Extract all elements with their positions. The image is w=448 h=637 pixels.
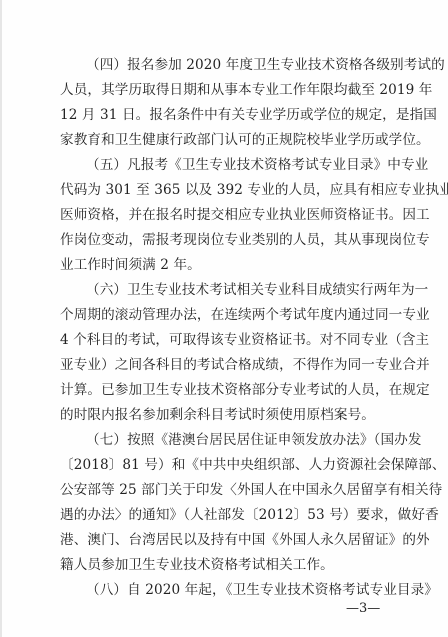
paragraph-7-line-5: 港、澳门、台湾居民以及持有中国《外国人永久居留证》的外: [60, 529, 396, 551]
paragraph-5-line-2: 代码为 301 至 365 以及 392 专业的人员，应具有相应专业执业: [60, 179, 396, 201]
paragraph-4-line-3: 12 月 31 日。报名条件中有关专业学历或学位的规定，是指国: [60, 104, 396, 126]
paragraph-7-line-6: 籍人员参加卫生专业技术资格考试相关工作。: [60, 554, 396, 576]
paragraph-5-line-4: 作岗位变动，需报考现岗位专业类别的人员，其从事现岗位专: [60, 229, 396, 251]
paragraph-6-line-4: 亚专业）之间各科目的考试合格成绩，不得作为同一专业合并: [60, 354, 396, 376]
document-page: （四）报名参加 2020 年度卫生专业技术资格各级别考试的 人员，其学历取得日期…: [0, 0, 448, 637]
paragraph-7-line-1: （七）按照《港澳台居民居住证申领发放办法》（国办发: [86, 429, 396, 451]
paragraph-4-line-1: （四）报名参加 2020 年度卫生专业技术资格各级别考试的: [86, 54, 396, 76]
page-number: —3—: [346, 600, 380, 618]
paragraph-8-line-1: （八）自 2020 年起，《卫生专业技术资格考试专业目录》: [86, 579, 396, 601]
paragraph-6-line-5: 计算。已参加卫生专业技术资格部分专业考试的人员，在规定: [60, 379, 396, 401]
paragraph-5-line-1: （五）凡报考《卫生专业技术资格考试专业目录》中专业: [86, 154, 396, 176]
paragraph-6-line-2: 个周期的滚动管理办法，在连续两个考试年度内通过同一专业: [60, 304, 396, 326]
paragraph-4-line-2: 人员，其学历取得日期和从事本专业工作年限均截至 2019 年: [60, 79, 396, 101]
paragraph-7-line-4: 遇的办法〉的通知》（人社部发〔2012〕53 号）要求，做好香: [60, 504, 396, 526]
paragraph-5-line-5: 业工作时间须满 2 年。: [60, 254, 396, 276]
paragraph-7-line-2: 〔2018〕81 号）和《中共中央组织部、人力资源社会保障部、: [60, 454, 396, 476]
paragraph-7-line-3: 公安部等 25 部门关于印发〈外国人在中国永久居留享有相关待: [60, 479, 396, 501]
paragraph-6-line-1: （六）卫生专业技术考试相关专业科目成绩实行两年为一: [86, 279, 396, 301]
paragraph-6-line-3: 4 个科目的考试，可取得该专业资格证书。对不同专业（含主: [60, 329, 396, 351]
paragraph-5-line-3: 医师资格，并在报名时提交相应专业执业医师资格证书。因工: [60, 204, 396, 226]
paragraph-6-line-6: 的时限内报名参加剩余科目考试时须使用原档案号。: [60, 404, 396, 426]
paragraph-4-line-4: 家教育和卫生健康行政部门认可的正规院校毕业学历或学位。: [60, 129, 396, 151]
